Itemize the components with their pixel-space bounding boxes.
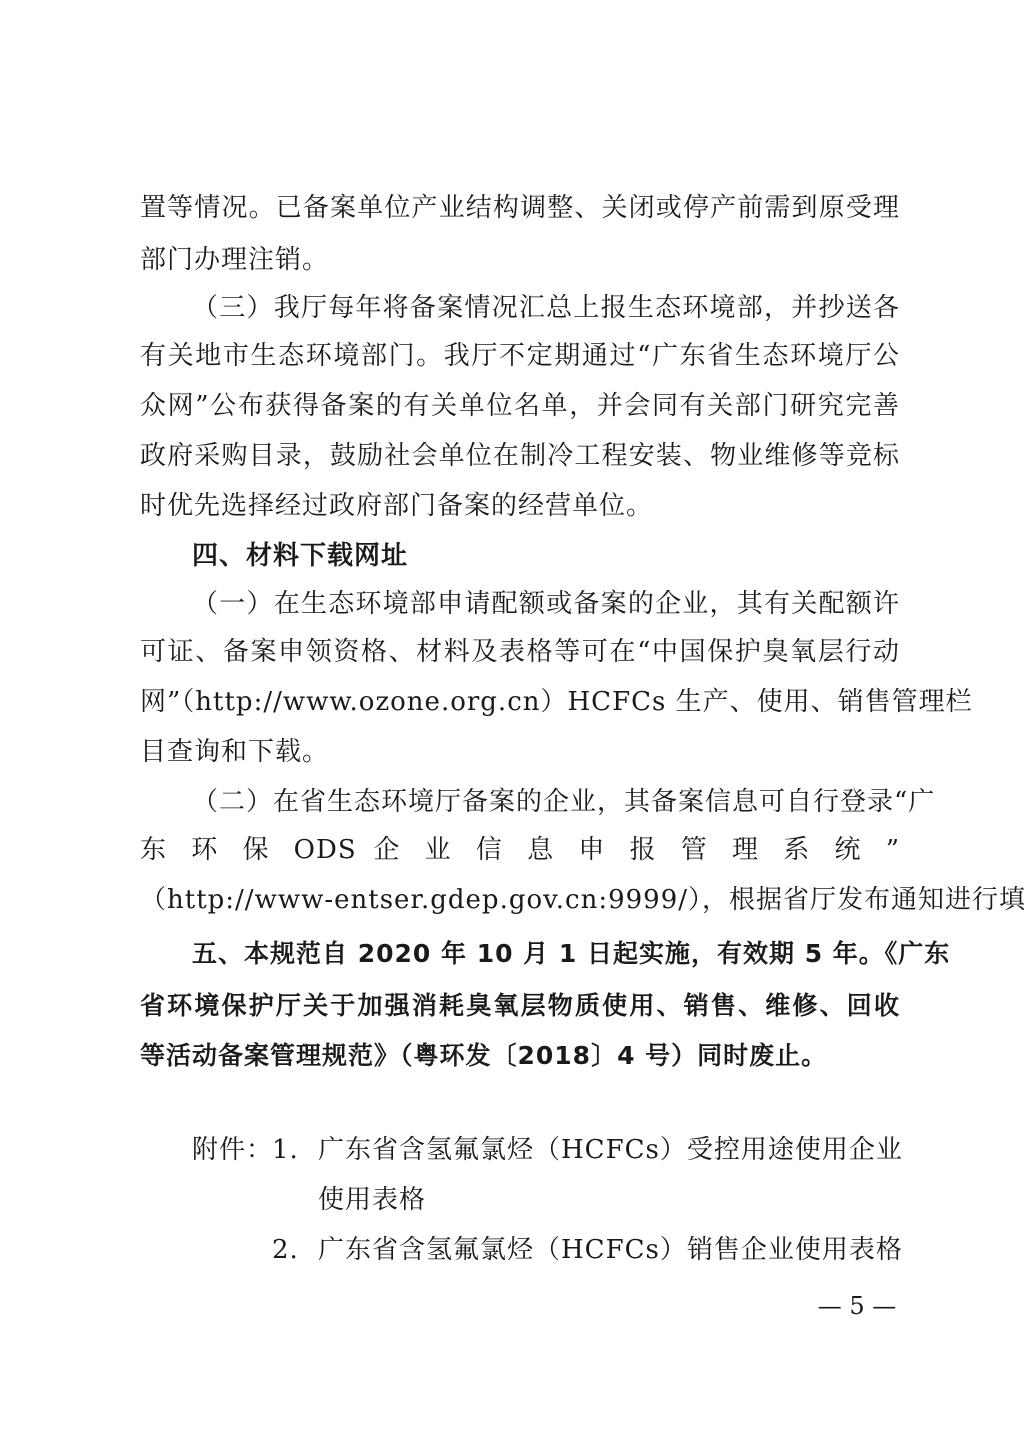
paragraph-line: 众网”公布获得备案的有关单位名单，并会同有关部门研究完善 — [140, 386, 900, 426]
paragraph-line: 政府采购目录，鼓励社会单位在制冷工程安装、物业维修等竞标 — [140, 436, 900, 476]
paragraph-line-with-link: （http://www-entser.gdep.gov.cn:9999/），根据… — [140, 880, 900, 920]
paragraph-line-with-link: 网”（http://www.ozone.org.cn）HCFCs 生产、使用、销… — [140, 682, 900, 722]
section-paragraph-line: 等活动备案管理规范》（粤环发〔2018〕4 号）同时废止。 — [140, 1036, 900, 1076]
page-number: — 5 — — [812, 1288, 902, 1324]
attachment-title: 广东省含氢氟氯烃（HCFCs）销售企业使用表格 — [318, 1230, 882, 1270]
attachment-title: 广东省含氢氟氯烃（HCFCs）受控用途使用企业 — [318, 1130, 882, 1170]
attachment-title-continued: 使用表格 — [318, 1180, 882, 1220]
attachment-number: 2. — [272, 1230, 312, 1270]
attachment-number: 1. — [272, 1130, 312, 1170]
paragraph-line: 东 环 保 ODS 企 业 信 息 申 报 管 理 系 统 ” — [140, 830, 900, 870]
paragraph-line: （三）我厅每年将备案情况汇总上报生态环境部，并抄送各 — [192, 288, 900, 328]
paragraph-line: 置等情况。已备案单位产业结构调整、关闭或停产前需到原受理 — [140, 188, 900, 228]
paragraph-line: 时优先选择经过政府部门备案的经营单位。 — [140, 486, 900, 526]
paragraph-line: （二）在省生态环境厅备案的企业，其备案信息可自行登录“广 — [192, 782, 900, 822]
paragraph-line: 部门办理注销。 — [140, 240, 900, 280]
paragraph-line: 目查询和下载。 — [140, 732, 900, 772]
section-paragraph-line: 五、本规范自 2020 年 10 月 1 日起实施，有效期 5 年。《广东 — [192, 934, 900, 974]
paragraph-line: （一）在生态环境部申请配额或备案的企业，其有关配额许 — [192, 584, 900, 624]
document-page: 置等情况。已备案单位产业结构调整、关闭或停产前需到原受理 部门办理注销。 （三）… — [0, 0, 1024, 1448]
section-heading: 四、材料下载网址 — [192, 536, 900, 576]
section-paragraph-line: 省环境保护厅关于加强消耗臭氧层物质使用、销售、维修、回收 — [140, 986, 900, 1026]
paragraph-line: 有关地市生态环境部门。我厅不定期通过“广东省生态环境厅公 — [140, 336, 900, 376]
paragraph-line: 可证、备案申领资格、材料及表格等可在“中国保护臭氧层行动 — [140, 632, 900, 672]
